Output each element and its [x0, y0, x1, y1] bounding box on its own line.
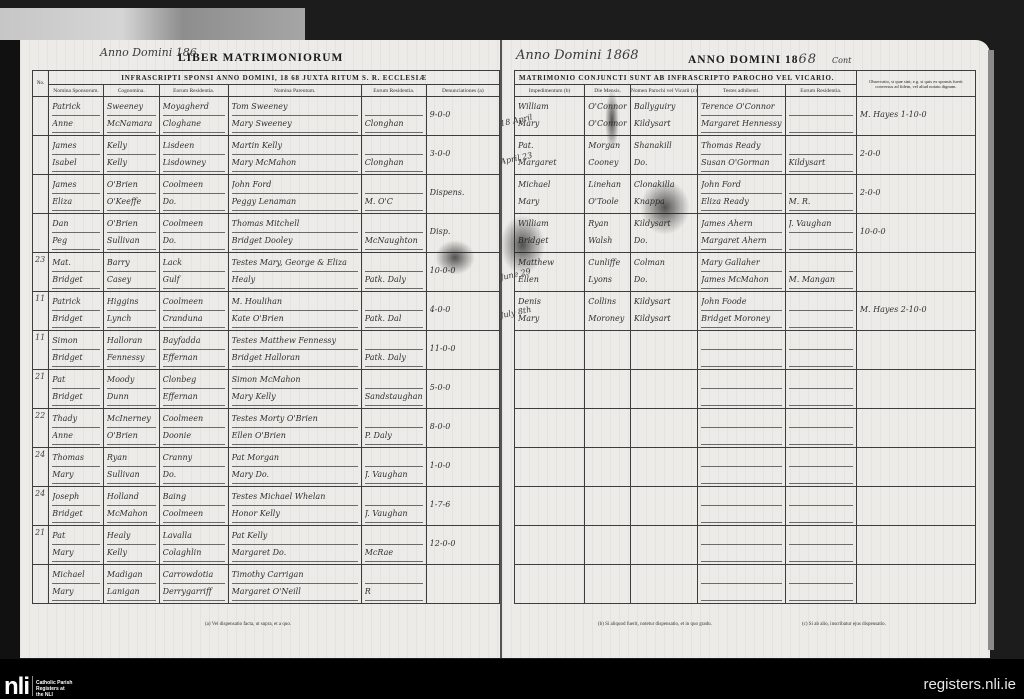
- cell-names: PatMary: [49, 526, 104, 565]
- handwritten-entry: Coolmeen: [163, 411, 225, 428]
- handwritten-entry: [860, 575, 972, 592]
- handwritten-entry: Thomas Ready: [701, 138, 781, 155]
- cell-parents-residence: Patk. Dal: [361, 292, 426, 331]
- handwritten-entry: Mary: [518, 194, 581, 211]
- cell-surnames: HealyKelly: [103, 526, 159, 565]
- handwritten-entry: Testes Morty O'Brien: [232, 411, 358, 428]
- handwritten-entry: Pat Kelly: [232, 528, 358, 545]
- cell-parents: Pat MorganMary Do.: [228, 448, 361, 487]
- cell-day: RyanWalsh: [585, 214, 631, 253]
- handwritten-entry: [860, 380, 972, 397]
- handwritten-entry: Disp.: [430, 224, 496, 241]
- handwritten-entry: Ellen O'Brien: [232, 428, 358, 445]
- cell-denunciations: 8-0-0: [426, 409, 499, 448]
- handwritten-entry: Eliza Ready: [701, 194, 781, 211]
- handwritten-entry: Casey: [107, 272, 156, 289]
- brand-text: Catholic Parish Registers at the NLI: [36, 680, 72, 698]
- blank-line: [365, 450, 423, 467]
- handwritten-entry: Patk. Daly: [365, 350, 423, 367]
- left-banner: INFRASCRIPTI SPONSI ANNO DOMINI, 18 68 J…: [49, 71, 500, 85]
- handwritten-entry: McRae: [365, 545, 423, 562]
- cell-witnesses: Mary GallaherJames McMahon: [698, 253, 785, 292]
- right-register-table: MATRIMONIO CONJUNCTI SUNT AB INFRASCRIPT…: [514, 70, 976, 604]
- cell-parents: John FordPeggy Lenaman: [228, 175, 361, 214]
- handwritten-entry: Cunliffe: [588, 255, 627, 272]
- blank-line: [365, 567, 423, 584]
- handwritten-entry: [789, 333, 853, 350]
- handwritten-entry: [701, 411, 781, 428]
- handwritten-entry: [789, 528, 853, 545]
- handwritten-entry: Eliza: [52, 194, 100, 211]
- handwritten-entry: Kildysart: [634, 116, 694, 133]
- handwritten-entry: Isabel: [52, 155, 100, 172]
- handwritten-entry: [518, 545, 581, 562]
- handwritten-entry: [789, 233, 853, 250]
- cell-parents: Testes Michael WhelanHonor Kelly: [228, 487, 361, 526]
- cell-residence: J. Vaughan: [785, 214, 856, 253]
- table-row: 24JosephBridgetHollandMcMahonBaingCoolme…: [33, 487, 500, 526]
- cell-witnesses: [698, 331, 785, 370]
- site-link[interactable]: registers.nli.ie: [923, 676, 1016, 693]
- handwritten-entry: Margaret Hennessy: [701, 116, 781, 133]
- cell-impediment: [515, 487, 585, 526]
- cell-priest: ColmanDo.: [630, 253, 697, 292]
- handwritten-entry: Do.: [634, 233, 694, 250]
- cell-denunciations: 4-0-0: [426, 292, 499, 331]
- cell-parents: Tom SweeneyMary Sweeney: [228, 97, 361, 136]
- handwritten-entry: [701, 428, 781, 445]
- handwritten-entry: Bridget Moroney: [701, 311, 781, 328]
- handwritten-entry: [588, 584, 627, 601]
- handwritten-entry: Healy: [107, 528, 156, 545]
- cell-impediment: MichaelMary: [515, 175, 585, 214]
- cell-day: [585, 370, 631, 409]
- handwritten-entry: [789, 116, 853, 133]
- row-number: 22: [33, 409, 49, 448]
- handwritten-entry: [789, 411, 853, 428]
- cell-priest: [630, 370, 697, 409]
- handwritten-entry: Kildysart: [789, 155, 853, 172]
- handwritten-entry: [588, 467, 627, 484]
- cell-names: JosephBridget: [49, 487, 104, 526]
- title-prefix: ANNO DOMINI 18: [688, 54, 798, 66]
- cell-witnesses: [698, 487, 785, 526]
- handwritten-entry: Lisdeen: [163, 138, 225, 155]
- cell-parents-residence: McRae: [361, 526, 426, 565]
- cell-priest: [630, 487, 697, 526]
- cell-day: [585, 487, 631, 526]
- handwritten-entry: John Foode: [701, 294, 781, 311]
- handwritten-entry: 8-0-0: [430, 419, 496, 436]
- handwritten-entry: Mary: [52, 545, 100, 562]
- handwritten-entry: [789, 506, 853, 523]
- right-col-header: Testes adhibenti.: [698, 85, 785, 97]
- row-number: [33, 565, 49, 604]
- handwritten-entry: [588, 545, 627, 562]
- handwritten-entry: Lack: [163, 255, 225, 272]
- handwritten-entry: [701, 372, 781, 389]
- cell-observations: [856, 565, 975, 604]
- handwritten-entry: R: [365, 584, 423, 601]
- handwritten-entry: [518, 389, 581, 406]
- handwritten-entry: Lynch: [107, 311, 156, 328]
- cell-witnesses: [698, 448, 785, 487]
- handwritten-entry: 3-0-0: [430, 146, 496, 163]
- handwritten-entry: [518, 411, 581, 428]
- handwritten-entry: Moody: [107, 372, 156, 389]
- table-row: [515, 331, 976, 370]
- handwritten-entry: Doonie: [163, 428, 225, 445]
- cell-day: [585, 331, 631, 370]
- binding-edge: [0, 40, 20, 660]
- handwritten-entry: McNamara: [107, 116, 156, 133]
- handwritten-entry: J. Vaughan: [365, 506, 423, 523]
- handwritten-entry: James: [52, 138, 100, 155]
- cell-residence: [785, 97, 856, 136]
- handwritten-entry: M. Houlihan: [232, 294, 358, 311]
- cell-surnames: O'BrienO'Keeffe: [103, 175, 159, 214]
- cell-surnames: O'BrienSullivan: [103, 214, 159, 253]
- handwritten-entry: Thomas Mitchell: [232, 216, 358, 233]
- handwritten-entry: [634, 467, 694, 484]
- handwritten-entry: 1-0-0: [430, 458, 496, 475]
- handwritten-entry: [860, 263, 972, 280]
- handwritten-entry: [518, 450, 581, 467]
- cell-denunciations: 3-0-0: [426, 136, 499, 175]
- handwritten-entry: [701, 450, 781, 467]
- cell-impediment: [515, 409, 585, 448]
- handwritten-entry: O'Connor: [588, 99, 627, 116]
- cell-observations: 2-0-0: [856, 175, 975, 214]
- handwritten-entry: Kelly: [107, 138, 156, 155]
- handwritten-entry: M. Hayes 1-10-0: [860, 107, 972, 124]
- handwritten-entry: Sullivan: [107, 467, 156, 484]
- cell-names: PatrickAnne: [49, 97, 104, 136]
- cell-impediment: [515, 526, 585, 565]
- handwritten-entry: Gulf: [163, 272, 225, 289]
- handwritten-entry: [701, 350, 781, 367]
- cell-witnesses: [698, 370, 785, 409]
- right-page: Anno Domini 1868 ANNO DOMINI 1868 Cont M…: [502, 40, 990, 658]
- cell-residence: CoolmeenCranduna: [159, 292, 228, 331]
- handwritten-entry: Bridget: [518, 233, 581, 250]
- handwritten-entry: O'Brien: [107, 428, 156, 445]
- cell-impediment: [515, 370, 585, 409]
- handwritten-entry: [789, 567, 853, 584]
- right-banner: MATRIMONIO CONJUNCTI SUNT AB INFRASCRIPT…: [515, 71, 857, 85]
- handwritten-entry: Dunn: [107, 389, 156, 406]
- handwritten-entry: Ryan: [588, 216, 627, 233]
- handwritten-entry: John Ford: [232, 177, 358, 194]
- handwritten-entry: [789, 255, 853, 272]
- left-col-header: Cognomina.: [103, 85, 159, 97]
- blank-line: [365, 177, 423, 194]
- handwritten-entry: [789, 545, 853, 562]
- cell-denunciations: 1-0-0: [426, 448, 499, 487]
- handwritten-entry: Michael: [518, 177, 581, 194]
- handwritten-entry: [588, 333, 627, 350]
- handwritten-entry: 2-0-0: [860, 146, 972, 163]
- logo-separator: [32, 676, 33, 696]
- handwritten-entry: Peggy Lenaman: [232, 194, 358, 211]
- handwritten-entry: Holland: [107, 489, 156, 506]
- handwritten-entry: Timothy Carrigan: [232, 567, 358, 584]
- cell-parents: Martin KellyMary McMahon: [228, 136, 361, 175]
- page-title-liber: LIBER MATRIMONIORUM: [178, 52, 343, 64]
- handwritten-entry: Cranduna: [163, 311, 225, 328]
- cell-residence: [785, 409, 856, 448]
- cell-impediment: WilliamBridget: [515, 214, 585, 253]
- handwritten-entry: [789, 428, 853, 445]
- cell-impediment: [515, 565, 585, 604]
- handwritten-entry: Honor Kelly: [232, 506, 358, 523]
- cell-witnesses: [698, 409, 785, 448]
- cell-witnesses: [698, 565, 785, 604]
- table-row: 22ThadyAnneMcInerneyO'BrienCoolmeenDooni…: [33, 409, 500, 448]
- handwritten-entry: [860, 341, 972, 358]
- handwritten-entry: Bridget Dooley: [232, 233, 358, 250]
- table-row: JamesElizaO'BrienO'KeeffeCoolmeenDo.John…: [33, 175, 500, 214]
- table-row: [515, 526, 976, 565]
- cell-surnames: MoodyDunn: [103, 370, 159, 409]
- cell-witnesses: John FordEliza Ready: [698, 175, 785, 214]
- cell-residence: CoolmeenDoonie: [159, 409, 228, 448]
- left-col-header: Eorum Residentia.: [159, 85, 228, 97]
- handwritten-entry: [701, 567, 781, 584]
- right-footnote-c: (c) Si ab alio, inscribatur ejus dispens…: [802, 622, 886, 627]
- handwritten-entry: Mat.: [52, 255, 100, 272]
- row-number: [33, 175, 49, 214]
- handwritten-entry: [860, 419, 972, 436]
- title-year: 68: [798, 52, 817, 67]
- handwritten-entry: [789, 584, 853, 601]
- cell-parents-residence: Sandstaughan: [361, 370, 426, 409]
- cell-names: ThomasMary: [49, 448, 104, 487]
- handwritten-entry: Patrick: [52, 99, 100, 116]
- handwritten-entry: Fennessy: [107, 350, 156, 367]
- cell-residence: MoyagherdCloghane: [159, 97, 228, 136]
- cell-day: CunliffeLyons: [585, 253, 631, 292]
- cell-observations: [856, 487, 975, 526]
- handwritten-entry: [518, 584, 581, 601]
- handwritten-entry: Moroney: [588, 311, 627, 328]
- cell-day: [585, 526, 631, 565]
- table-row: MichaelMaryLinehanO'TooleClonakillaKnapp…: [515, 175, 976, 214]
- handwritten-entry: Dispens.: [430, 185, 496, 202]
- cell-parents: Simon McMahonMary Kelly: [228, 370, 361, 409]
- cell-residence: LisdeenLisdowney: [159, 136, 228, 175]
- handwritten-entry: O'Brien: [107, 216, 156, 233]
- handwritten-entry: [789, 389, 853, 406]
- handwritten-entry: Kildysart: [634, 294, 694, 311]
- handwritten-entry: [518, 350, 581, 367]
- cell-day: [585, 448, 631, 487]
- handwritten-entry: [789, 99, 853, 116]
- handwritten-entry: Pat: [52, 372, 100, 389]
- handwritten-entry: James Ahern: [701, 216, 781, 233]
- handwritten-entry: John Ford: [701, 177, 781, 194]
- table-row: MatthewEllenCunliffeLyonsColmanDo.Mary G…: [515, 253, 976, 292]
- handwritten-entry: O'Toole: [588, 194, 627, 211]
- row-number: 11: [33, 292, 49, 331]
- cell-names: MichaelMary: [49, 565, 104, 604]
- cell-day: [585, 565, 631, 604]
- cell-names: PatBridget: [49, 370, 104, 409]
- handwritten-entry: Lyons: [588, 272, 627, 289]
- cell-residence: [785, 565, 856, 604]
- title-suffix: Cont: [832, 56, 851, 65]
- cell-surnames: McInerneyO'Brien: [103, 409, 159, 448]
- handwritten-entry: Mary: [52, 584, 100, 601]
- cell-surnames: MadiganLanigan: [103, 565, 159, 604]
- row-number: 11: [33, 331, 49, 370]
- table-row: [515, 370, 976, 409]
- handwritten-entry: M. Mangan: [789, 272, 853, 289]
- cell-witnesses: Thomas ReadySusan O'Gorman: [698, 136, 785, 175]
- cell-surnames: RyanSullivan: [103, 448, 159, 487]
- row-number: 24: [33, 487, 49, 526]
- handwritten-entry: [518, 372, 581, 389]
- handwritten-entry: [518, 467, 581, 484]
- handwritten-entry: Clonghan: [365, 116, 423, 133]
- cell-witnesses: Terence O'ConnorMargaret Hennessy: [698, 97, 785, 136]
- handwritten-entry: [518, 489, 581, 506]
- cell-witnesses: James AhernMargaret Ahern: [698, 214, 785, 253]
- cell-denunciations: 10-0-0: [426, 253, 499, 292]
- cell-parents: Thomas MitchellBridget Dooley: [228, 214, 361, 253]
- handwritten-entry: [430, 575, 496, 592]
- handwritten-entry: Pat Morgan: [232, 450, 358, 467]
- handwritten-entry: Shanakill: [634, 138, 694, 155]
- handwritten-entry: [588, 506, 627, 523]
- handwritten-entry: Effernan: [163, 389, 225, 406]
- cell-parents: Pat KellyMargaret Do.: [228, 526, 361, 565]
- handwritten-entry: Mary McMahon: [232, 155, 358, 172]
- cell-residence: ClonbegEffernan: [159, 370, 228, 409]
- handwritten-entry: Do.: [634, 272, 694, 289]
- handwritten-entry: Carrowdotia: [163, 567, 225, 584]
- handwritten-entry: Simon: [52, 333, 100, 350]
- cell-denunciations: [426, 565, 499, 604]
- handwritten-entry: Cooney: [588, 155, 627, 172]
- row-number: [33, 214, 49, 253]
- handwritten-entry: Mary Do.: [232, 467, 358, 484]
- handwritten-entry: [588, 350, 627, 367]
- handwritten-entry: Mary Sweeney: [232, 116, 358, 133]
- handwritten-entry: Colaghlin: [163, 545, 225, 562]
- handwritten-entry: [634, 506, 694, 523]
- cell-parents-residence: R: [361, 565, 426, 604]
- handwritten-entry: James McMahon: [701, 272, 781, 289]
- row-number: 21: [33, 370, 49, 409]
- cell-denunciations: Disp.: [426, 214, 499, 253]
- table-row: 21PatMaryHealyKellyLavallaColaghlinPat K…: [33, 526, 500, 565]
- cell-parents-residence: McNaughton: [361, 214, 426, 253]
- handwritten-entry: Tom Sweeney: [232, 99, 358, 116]
- adjacent-page-edge: [0, 8, 305, 40]
- cell-priest: BallyguiryKildysart: [630, 97, 697, 136]
- handwritten-entry: 11-0-0: [430, 341, 496, 358]
- handwritten-entry: Linehan: [588, 177, 627, 194]
- handwritten-entry: Testes Michael Whelan: [232, 489, 358, 506]
- handwritten-entry: Terence O'Connor: [701, 99, 781, 116]
- handwritten-entry: Do.: [163, 233, 225, 250]
- handwritten-entry: 1-7-6: [430, 497, 496, 514]
- cell-names: ThadyAnne: [49, 409, 104, 448]
- cell-denunciations: 1-7-6: [426, 487, 499, 526]
- table-row: 11SimonBridgetHalloranFennessyBayfaddaEf…: [33, 331, 500, 370]
- cell-denunciations: 5-0-0: [426, 370, 499, 409]
- cell-parents: Testes Mary, George & ElizaHealy: [228, 253, 361, 292]
- cell-priest: [630, 448, 697, 487]
- handwritten-entry: Lavalla: [163, 528, 225, 545]
- handwritten-entry: Mary Kelly: [232, 389, 358, 406]
- handwritten-entry: 10-0-0: [860, 224, 972, 241]
- cell-parents-residence: M. O'C: [361, 175, 426, 214]
- cell-residence: LavallaColaghlin: [159, 526, 228, 565]
- handwritten-entry: Higgins: [107, 294, 156, 311]
- cell-observations: M. Hayes 1-10-0: [856, 97, 975, 136]
- handwritten-entry: Barry: [107, 255, 156, 272]
- blank-line: [365, 255, 423, 272]
- cell-names: JamesEliza: [49, 175, 104, 214]
- handwritten-entry: Morgan: [588, 138, 627, 155]
- handwritten-entry: Anne: [52, 116, 100, 133]
- handwritten-entry: Peg: [52, 233, 100, 250]
- handwritten-entry: Madigan: [107, 567, 156, 584]
- right-col-header: Impedimentum (b): [515, 85, 585, 97]
- cell-priest: ClonakillaKnappa: [630, 175, 697, 214]
- cell-parents-residence: J. Vaughan: [361, 487, 426, 526]
- handwritten-entry: Knappa: [634, 194, 694, 211]
- cell-residence: [785, 331, 856, 370]
- handwritten-entry: [518, 506, 581, 523]
- handwritten-entry: Baing: [163, 489, 225, 506]
- right-col-header: Die Mensis.: [585, 85, 631, 97]
- cell-residence: CarrowdotiaDerrygarriff: [159, 565, 228, 604]
- left-col-header: Denunciationes (a): [426, 85, 499, 97]
- cell-witnesses: John FoodeBridget Moroney: [698, 292, 785, 331]
- handwritten-entry: [701, 333, 781, 350]
- cell-surnames: BarryCasey: [103, 253, 159, 292]
- handwritten-entry: Pat: [52, 528, 100, 545]
- cell-residence: [785, 448, 856, 487]
- handwritten-entry: Bridget: [52, 311, 100, 328]
- handwritten-entry: [634, 333, 694, 350]
- cell-surnames: HollandMcMahon: [103, 487, 159, 526]
- cell-denunciations: 9-0-0: [426, 97, 499, 136]
- cell-names: PatrickBridget: [49, 292, 104, 331]
- cell-parents-residence: Clonghan: [361, 136, 426, 175]
- row-number: [33, 97, 49, 136]
- brand-line: the NLI: [36, 692, 72, 698]
- cell-priest: KildysartKildysart: [630, 292, 697, 331]
- blank-line: [365, 333, 423, 350]
- handwritten-entry: 5-0-0: [430, 380, 496, 397]
- handwritten-entry: Coolmeen: [163, 216, 225, 233]
- handwritten-entry: Lanigan: [107, 584, 156, 601]
- cell-parents: Timothy CarriganMargaret O'Neill: [228, 565, 361, 604]
- cell-residence: M. Mangan: [785, 253, 856, 292]
- observations-header: Observatio, si quæ sint; e.g. si quis ex…: [856, 71, 975, 97]
- handwritten-entry: [634, 350, 694, 367]
- table-row: 24ThomasMaryRyanSullivanCrannyDo.Pat Mor…: [33, 448, 500, 487]
- handwritten-entry: Sullivan: [107, 233, 156, 250]
- handwritten-entry: O'Keeffe: [107, 194, 156, 211]
- cell-parents-residence: Patk. Daly: [361, 253, 426, 292]
- handwritten-entry: Do.: [634, 155, 694, 172]
- table-row: [515, 487, 976, 526]
